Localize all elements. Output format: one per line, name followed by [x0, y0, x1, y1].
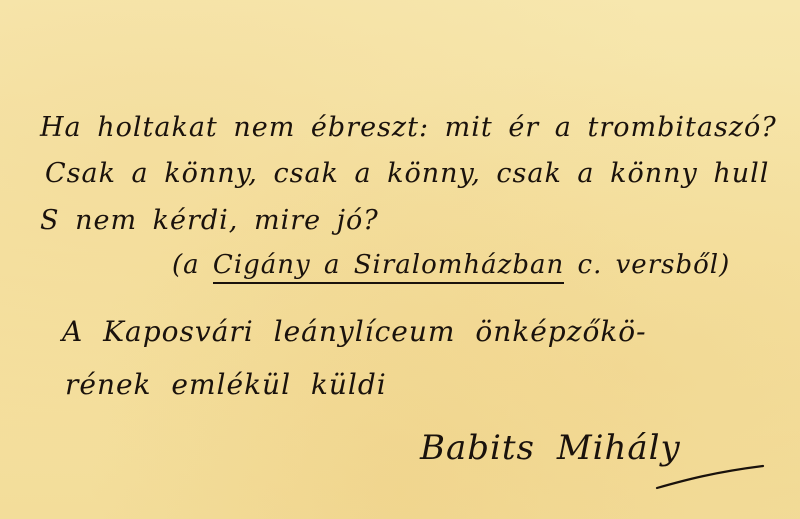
source-note: (a Cigány a Siralomházban c. versből) — [172, 250, 730, 280]
source-poem-title: Cigány a Siralomházban — [213, 250, 564, 284]
source-note-close: c. versből) — [578, 250, 731, 280]
signature-flourish-icon — [655, 462, 765, 492]
poem-line-1: Ha holtakat nem ébreszt: mit ér a trombi… — [40, 112, 777, 143]
dedication-line-1: A Kaposvári leánylíceum önképzőkö- — [62, 315, 647, 348]
poem-line-2: Csak a könny, csak a könny, csak a könny… — [45, 158, 769, 189]
signature: Babits Mihály — [420, 428, 681, 468]
source-note-open: (a — [172, 250, 200, 280]
dedication-line-2: rének emlékül küldi — [65, 368, 387, 401]
manuscript-page: Ha holtakat nem ébreszt: mit ér a trombi… — [0, 0, 800, 519]
poem-line-3: S nem kérdi, mire jó? — [40, 205, 379, 236]
